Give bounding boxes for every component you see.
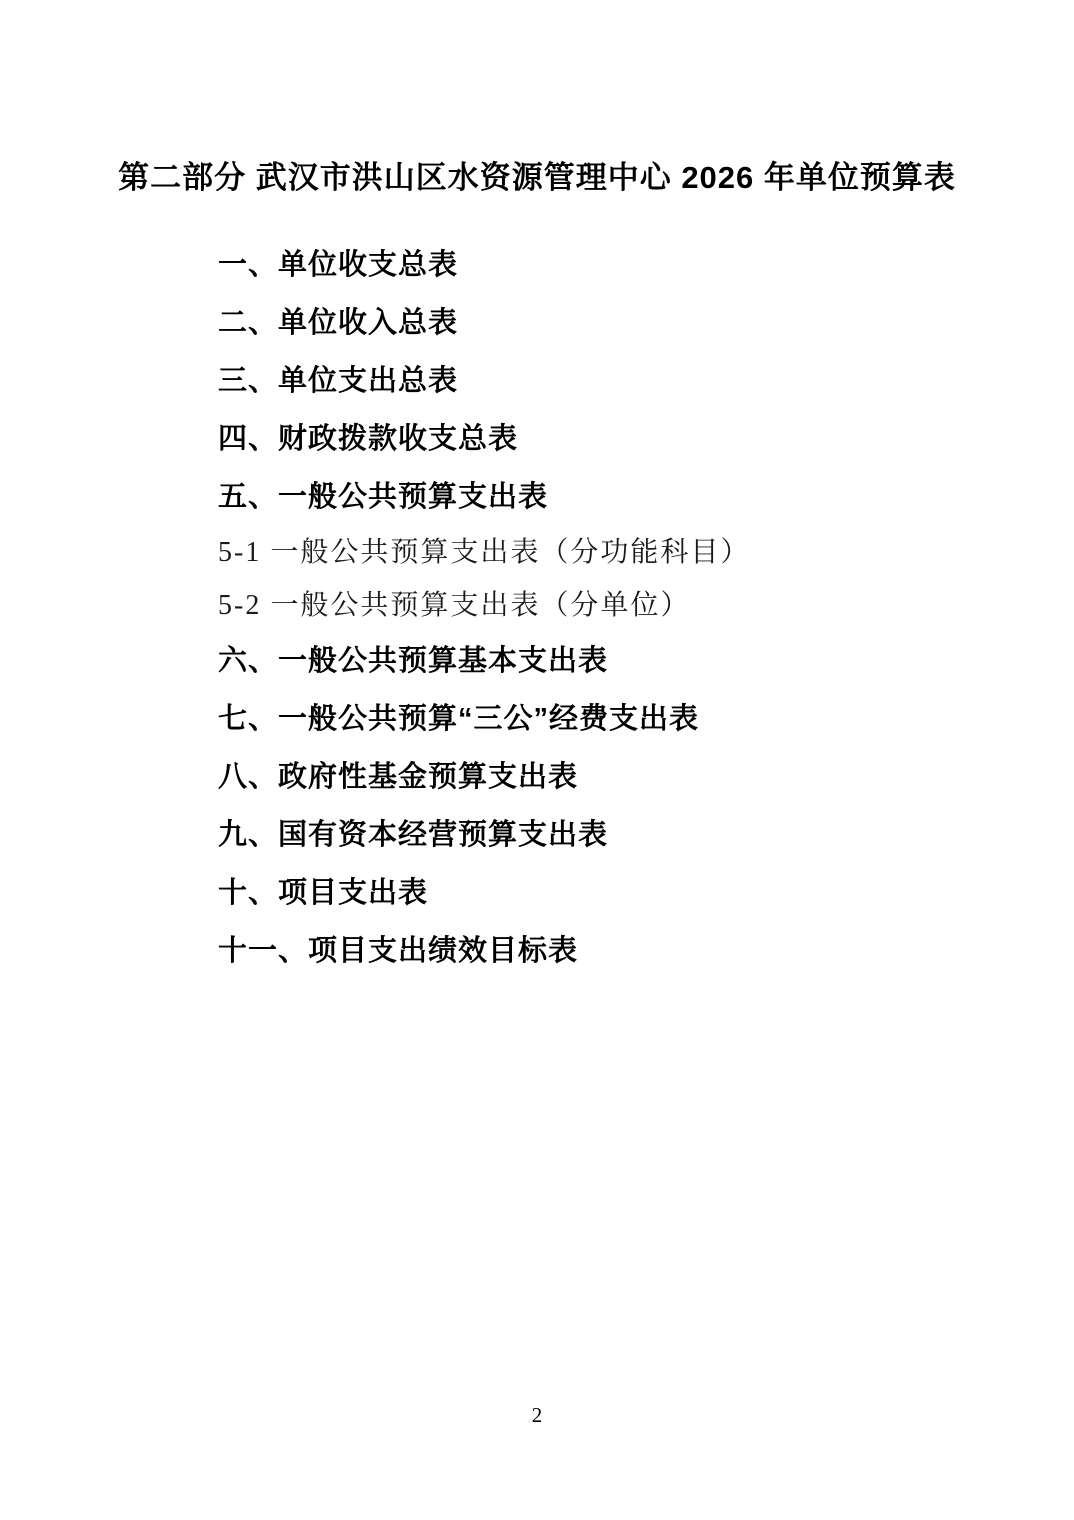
toc-item: 七、一般公共预算“三公”经费支出表 — [218, 687, 750, 745]
toc-item: 5-2 一般公共预算支出表（分单位） — [218, 576, 750, 629]
page-title: 第二部分 武汉市洪山区水资源管理中心 2026 年单位预算表 — [0, 152, 1074, 197]
document-page: 第二部分 武汉市洪山区水资源管理中心 2026 年单位预算表 一、单位收支总表二… — [0, 0, 1074, 1520]
toc-item: 十一、项目支出绩效目标表 — [218, 919, 750, 977]
toc-item: 四、财政拨款收支总表 — [218, 407, 750, 465]
toc-item: 三、单位支出总表 — [218, 349, 750, 407]
toc-item: 5-1 一般公共预算支出表（分功能科目） — [218, 523, 750, 576]
toc-item: 五、一般公共预算支出表 — [218, 465, 750, 523]
page-number: 2 — [0, 1403, 1074, 1428]
toc-item: 八、政府性基金预算支出表 — [218, 745, 750, 803]
toc-item: 一、单位收支总表 — [218, 233, 750, 291]
toc-item: 六、一般公共预算基本支出表 — [218, 629, 750, 687]
toc-item: 九、国有资本经营预算支出表 — [218, 803, 750, 861]
toc-list: 一、单位收支总表二、单位收入总表三、单位支出总表四、财政拨款收支总表五、一般公共… — [218, 233, 750, 977]
toc-item: 二、单位收入总表 — [218, 291, 750, 349]
toc-item: 十、项目支出表 — [218, 861, 750, 919]
